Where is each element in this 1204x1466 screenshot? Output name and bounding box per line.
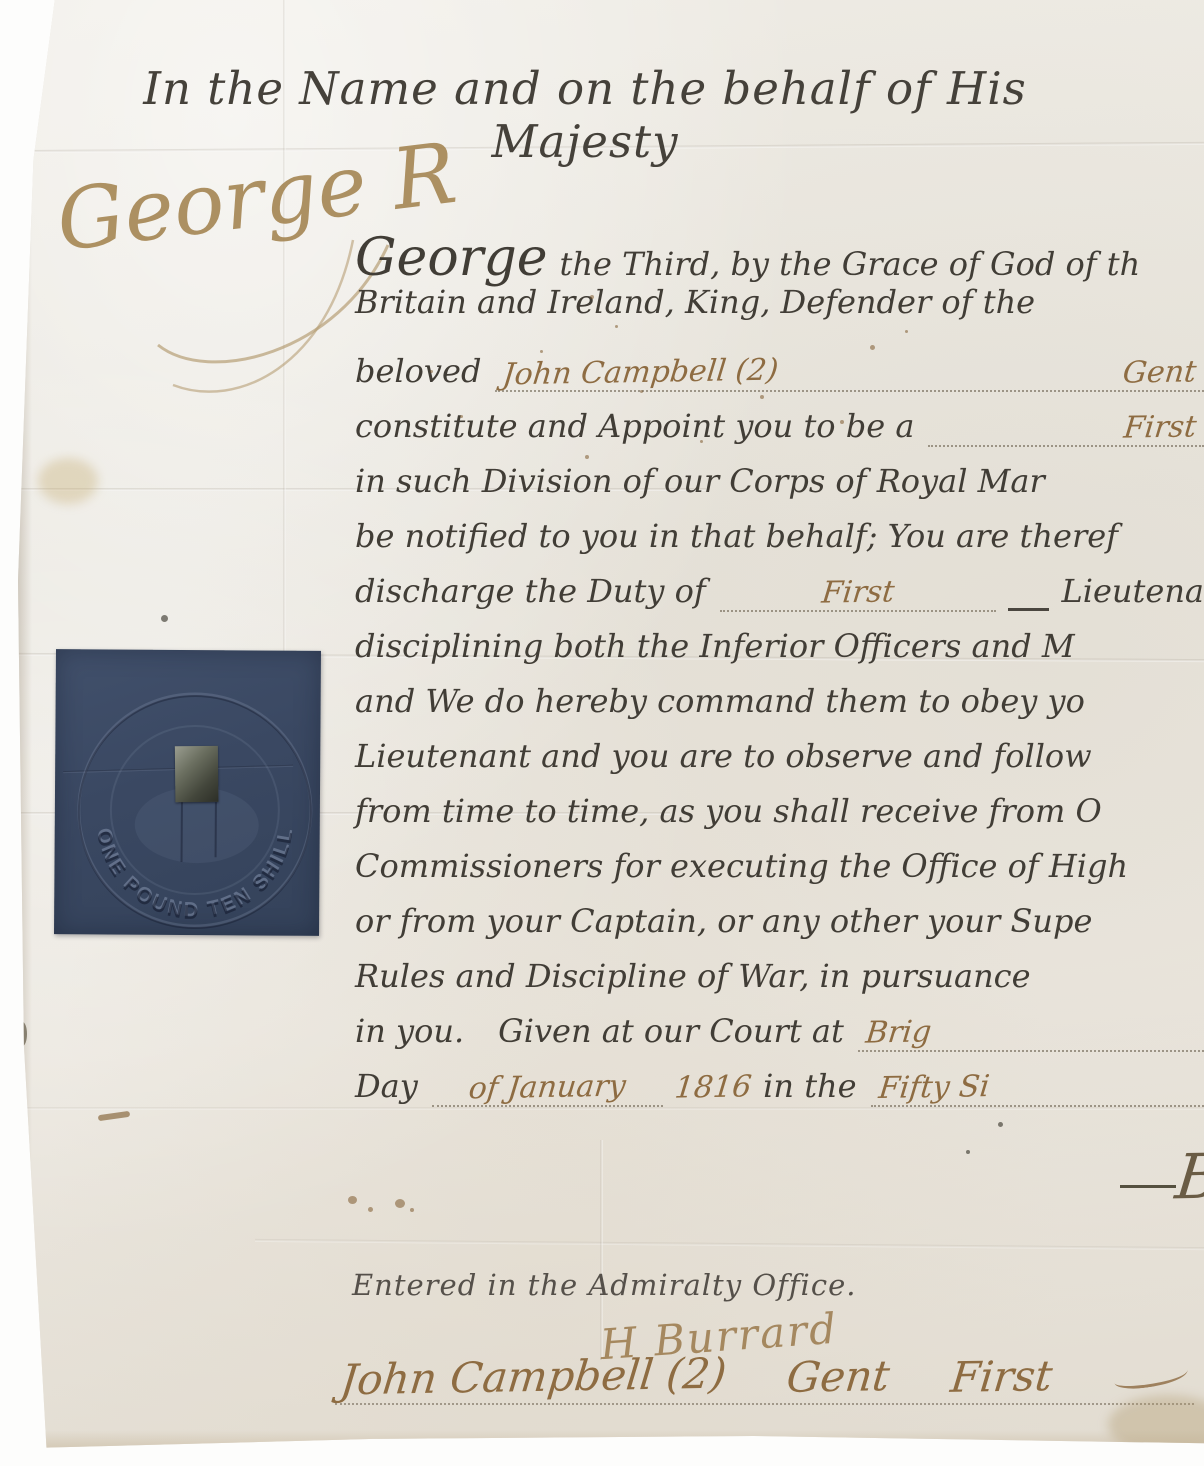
engraved-text: from time to time, as you shall receive … (355, 792, 1102, 830)
seal-pole-line (181, 800, 183, 862)
by-command-fragment: B (1120, 1140, 1204, 1213)
ink-spot (966, 1150, 970, 1154)
ink-spot (348, 1196, 357, 1204)
handwritten-text: Gent (1121, 354, 1198, 390)
handwritten-name: John Campbell (2) (501, 353, 780, 393)
handwritten-rank: Gent (785, 1351, 893, 1402)
handwritten-place: Brig (864, 1014, 933, 1050)
engraved-text: in the (763, 1067, 856, 1105)
handwritten-rank: First (820, 574, 896, 610)
ink-splatter (590, 295, 594, 299)
fill-in-blank: First (720, 575, 996, 612)
engraved-text: beloved (355, 352, 481, 390)
engraved-text: in such Division of our Corps of Royal M… (355, 462, 1045, 500)
ink-splatter (460, 415, 463, 418)
handwritten-text: B (1172, 1140, 1204, 1214)
pen-flourish (1113, 1362, 1189, 1392)
seal-pole-line (215, 802, 217, 857)
document-line: in such Division of our Corps of Royal M… (355, 462, 1204, 517)
engraved-dash (1120, 1185, 1176, 1188)
revenue-stamp: ONE POUND TEN SHILL ONE POUND TEN SHILL (54, 649, 321, 936)
ink-spot (161, 615, 168, 622)
engraved-text: the Third, by the Grace of God of th (560, 245, 1141, 283)
docket-name-line: John Campbell (2) Gent First (335, 1352, 1194, 1405)
document-line: Lieutenant and you are to observe and fo… (355, 737, 1204, 792)
admiralty-entry-note: Entered in the Admiralty Office. (352, 1268, 856, 1302)
engraved-text: Britain and Ireland, King, Defender of t… (355, 283, 1035, 321)
fill-in-blank: John Campbell (2) Gent (495, 355, 1204, 392)
handwritten-grade: First (949, 1351, 1055, 1402)
fold-crease (255, 1239, 1204, 1250)
commission-body: George the Third, by the Grace of God of… (355, 228, 1204, 1122)
engraved-text: George (355, 228, 548, 288)
ink-spot (998, 1122, 1003, 1127)
document-line: and We do hereby command them to obey yo (355, 682, 1204, 737)
fill-in-blank: of January (432, 1070, 663, 1107)
engraved-text: Commissioners for executing the Office o… (355, 847, 1128, 885)
document-line: from time to time, as you shall receive … (355, 792, 1204, 847)
age-stain (38, 458, 98, 504)
handwritten-name: John Campbell (2) (338, 1349, 729, 1405)
ink-splatter (430, 370, 433, 373)
document-line: George the Third, by the Grace of God of… (355, 228, 1204, 283)
document-line: be notified to you in that behalf; You a… (355, 517, 1204, 572)
ink-splatter (840, 420, 844, 424)
ink-splatter (760, 395, 764, 399)
ink-spot (410, 1208, 414, 1212)
document-line: in you. Given at our Court at Brig (355, 1012, 1204, 1067)
document-line: discharge the Duty of First Lieutena (355, 572, 1204, 627)
ink-spot (395, 1199, 405, 1208)
document-line: beloved John Campbell (2) Gent (355, 352, 1204, 407)
engraved-text: Lieutena (1061, 572, 1204, 610)
engraved-text: Rules and Discipline of War, in pursuanc… (355, 957, 1031, 995)
page-edge-shadow (18, 1430, 1204, 1452)
ink-splatter (540, 350, 543, 353)
engraved-text: be notified to you in that behalf; You a… (355, 517, 1118, 555)
fill-in-blank: Fifty Si (871, 1070, 1204, 1107)
engraved-dash (1008, 608, 1050, 611)
page-edge-shadow (18, 0, 32, 1452)
engraved-text: in you. (355, 1012, 464, 1050)
ink-splatter (870, 345, 875, 350)
ink-splatter (905, 330, 908, 333)
document-line: constitute and Appoint you to be a First (355, 407, 1204, 462)
engraved-text: constitute and Appoint you to be a (355, 407, 914, 445)
ink-splatter (700, 440, 703, 443)
engraved-text: or from your Captain, or any other your … (355, 902, 1092, 940)
ink-mark (98, 1111, 131, 1121)
document-line: Rules and Discipline of War, in pursuanc… (355, 957, 1204, 1012)
handwritten-rank: First (1122, 409, 1198, 445)
handwritten-year: 1816 (673, 1069, 753, 1105)
ink-splatter (640, 390, 643, 393)
handwritten-month: of January (467, 1069, 627, 1107)
fill-in-blank: First (928, 410, 1204, 447)
fill-in-blank: Brig (858, 1015, 1204, 1052)
document-line: disciplining both the Inferior Officers … (355, 627, 1204, 682)
engraved-text: disciplining both the Inferior Officers … (355, 627, 1075, 665)
document-line: Commissioners for executing the Office o… (355, 847, 1204, 902)
document-line: Britain and Ireland, King, Defender of t… (355, 283, 1204, 338)
engraved-text: Given at our Court at (498, 1012, 844, 1050)
document-line: or from your Captain, or any other your … (355, 902, 1204, 957)
engraved-text: and We do hereby command them to obey yo (355, 682, 1085, 720)
handwritten-regnal-year: Fifty Si (877, 1069, 991, 1106)
parchment-document: In the Name and on the behalf of His Maj… (18, 0, 1204, 1452)
engraved-text: discharge the Duty of (355, 572, 706, 610)
engraved-text: Day (355, 1067, 418, 1105)
document-line: Day of January 1816 in the Fifty Si (355, 1067, 1204, 1122)
silver-foil-patch (175, 746, 219, 802)
ink-spot (368, 1207, 373, 1212)
ink-splatter (615, 325, 618, 328)
ink-splatter (585, 455, 589, 459)
engraved-text: Lieutenant and you are to observe and fo… (355, 737, 1092, 775)
